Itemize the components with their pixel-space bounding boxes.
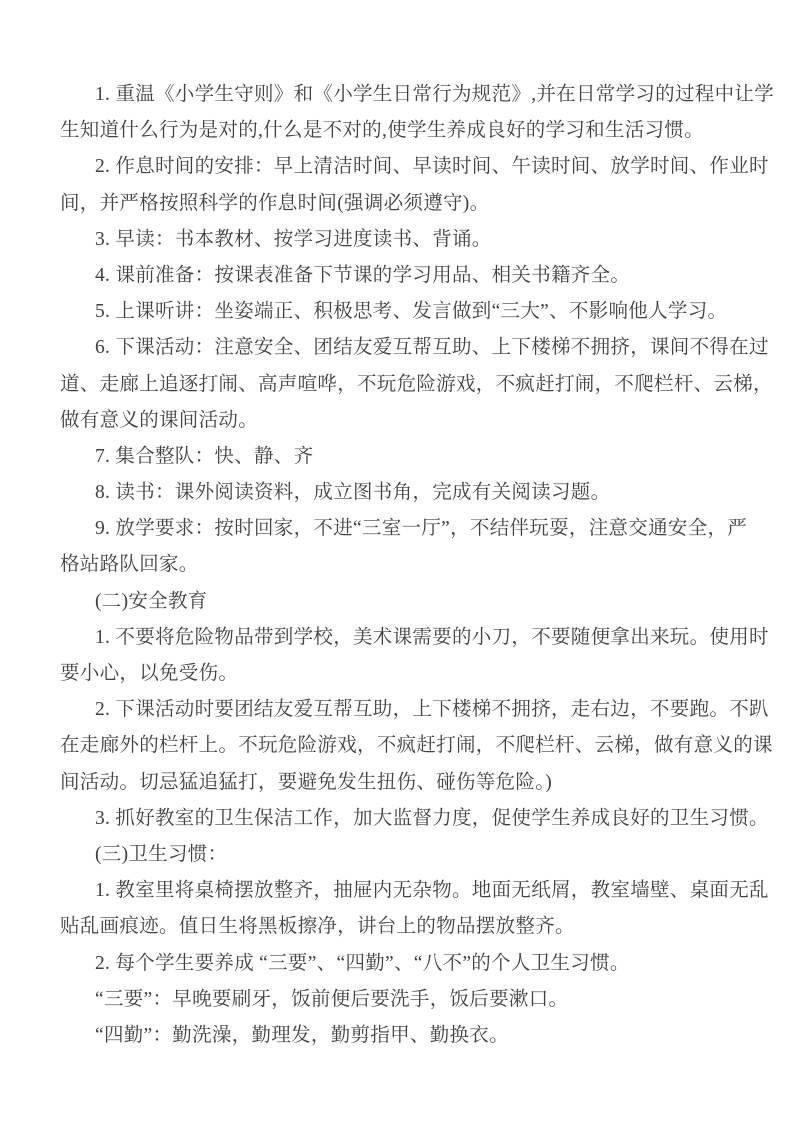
text-line: 4. 课前准备：按课表准备下节课的学习用品、相关书籍齐全。 (60, 258, 782, 294)
text-line: 2. 下课活动时要团结友爱互帮互助，上下楼梯不拥挤，走右边，不要跑。不趴 (60, 692, 782, 728)
document-page: 1. 重温《小学生守则》和《小学生日常行为规范》,并在日常学习的过程中让学 生知… (0, 0, 793, 1122)
text-line: 6. 下课活动：注意安全、团结友爱互帮互助、上下楼梯不拥挤，课间不得在过 (60, 330, 782, 366)
section-heading: (三)卫生习惯： (60, 837, 782, 873)
text-line: 格站路队回家。 (60, 547, 782, 583)
text-line: 9. 放学要求：按时回家，不进“三室一厅”，不结伴玩耍，注意交通安全，严 (60, 511, 782, 547)
text-line: 1. 重温《小学生守则》和《小学生日常行为规范》,并在日常学习的过程中让学 (60, 77, 782, 113)
text-line: 在走廊外的栏杆上。不玩危险游戏，不疯赶打闹，不爬栏杆、云梯，做有意义的课 (60, 728, 782, 764)
document-text-block: 1. 重温《小学生守则》和《小学生日常行为规范》,并在日常学习的过程中让学 生知… (60, 77, 782, 1054)
text-line: 8. 读书：课外阅读资料，成立图书角，完成有关阅读习题。 (60, 475, 782, 511)
text-line: 道、走廊上追逐打闹、高声喧哗，不玩危险游戏，不疯赶打闹，不爬栏杆、云梯， (60, 367, 782, 403)
text-line: 贴乱画痕迹。值日生将黑板擦净，讲台上的物品摆放整齐。 (60, 909, 782, 945)
text-line: 3. 早读：书本教材、按学习进度读书、背诵。 (60, 222, 782, 258)
text-line: 3. 抓好教室的卫生保洁工作，加大监督力度，促使学生养成良好的卫生习惯。 (60, 801, 782, 837)
text-line: “四勤”：勤洗澡，勤理发，勤剪指甲、勤换衣。 (60, 1018, 782, 1054)
text-line: 1. 不要将危险物品带到学校，美术课需要的小刀，不要随便拿出来玩。使用时 (60, 620, 782, 656)
text-line: 要小心，以免受伤。 (60, 656, 782, 692)
text-line: 生知道什么行为是对的,什么是不对的,使学生养成良好的学习和生活习惯。 (60, 113, 782, 149)
section-heading: (二)安全教育 (60, 584, 782, 620)
text-line: 5. 上课听讲：坐姿端正、积极思考、发言做到“三大”、不影响他人学习。 (60, 294, 782, 330)
text-line: 做有意义的课间活动。 (60, 403, 782, 439)
text-line: 2. 每个学生要养成 “三要”、“四勤”、“八不”的个人卫生习惯。 (60, 946, 782, 982)
text-line: 间，并严格按照科学的作息时间(强调必须遵守)。 (60, 186, 782, 222)
text-line: “三要”：早晚要刷牙，饭前便后要洗手，饭后要漱口。 (60, 982, 782, 1018)
text-line: 间活动。切忌猛追猛打，要避免发生扭伤、碰伤等危险。) (60, 765, 782, 801)
text-line: 1. 教室里将桌椅摆放整齐，抽屉内无杂物。地面无纸屑，教室墙壁、桌面无乱 (60, 873, 782, 909)
text-line: 7. 集合整队：快、静、齐 (60, 439, 782, 475)
text-line: 2. 作息时间的安排：早上清洁时间、早读时间、午读时间、放学时间、作业时 (60, 149, 782, 185)
